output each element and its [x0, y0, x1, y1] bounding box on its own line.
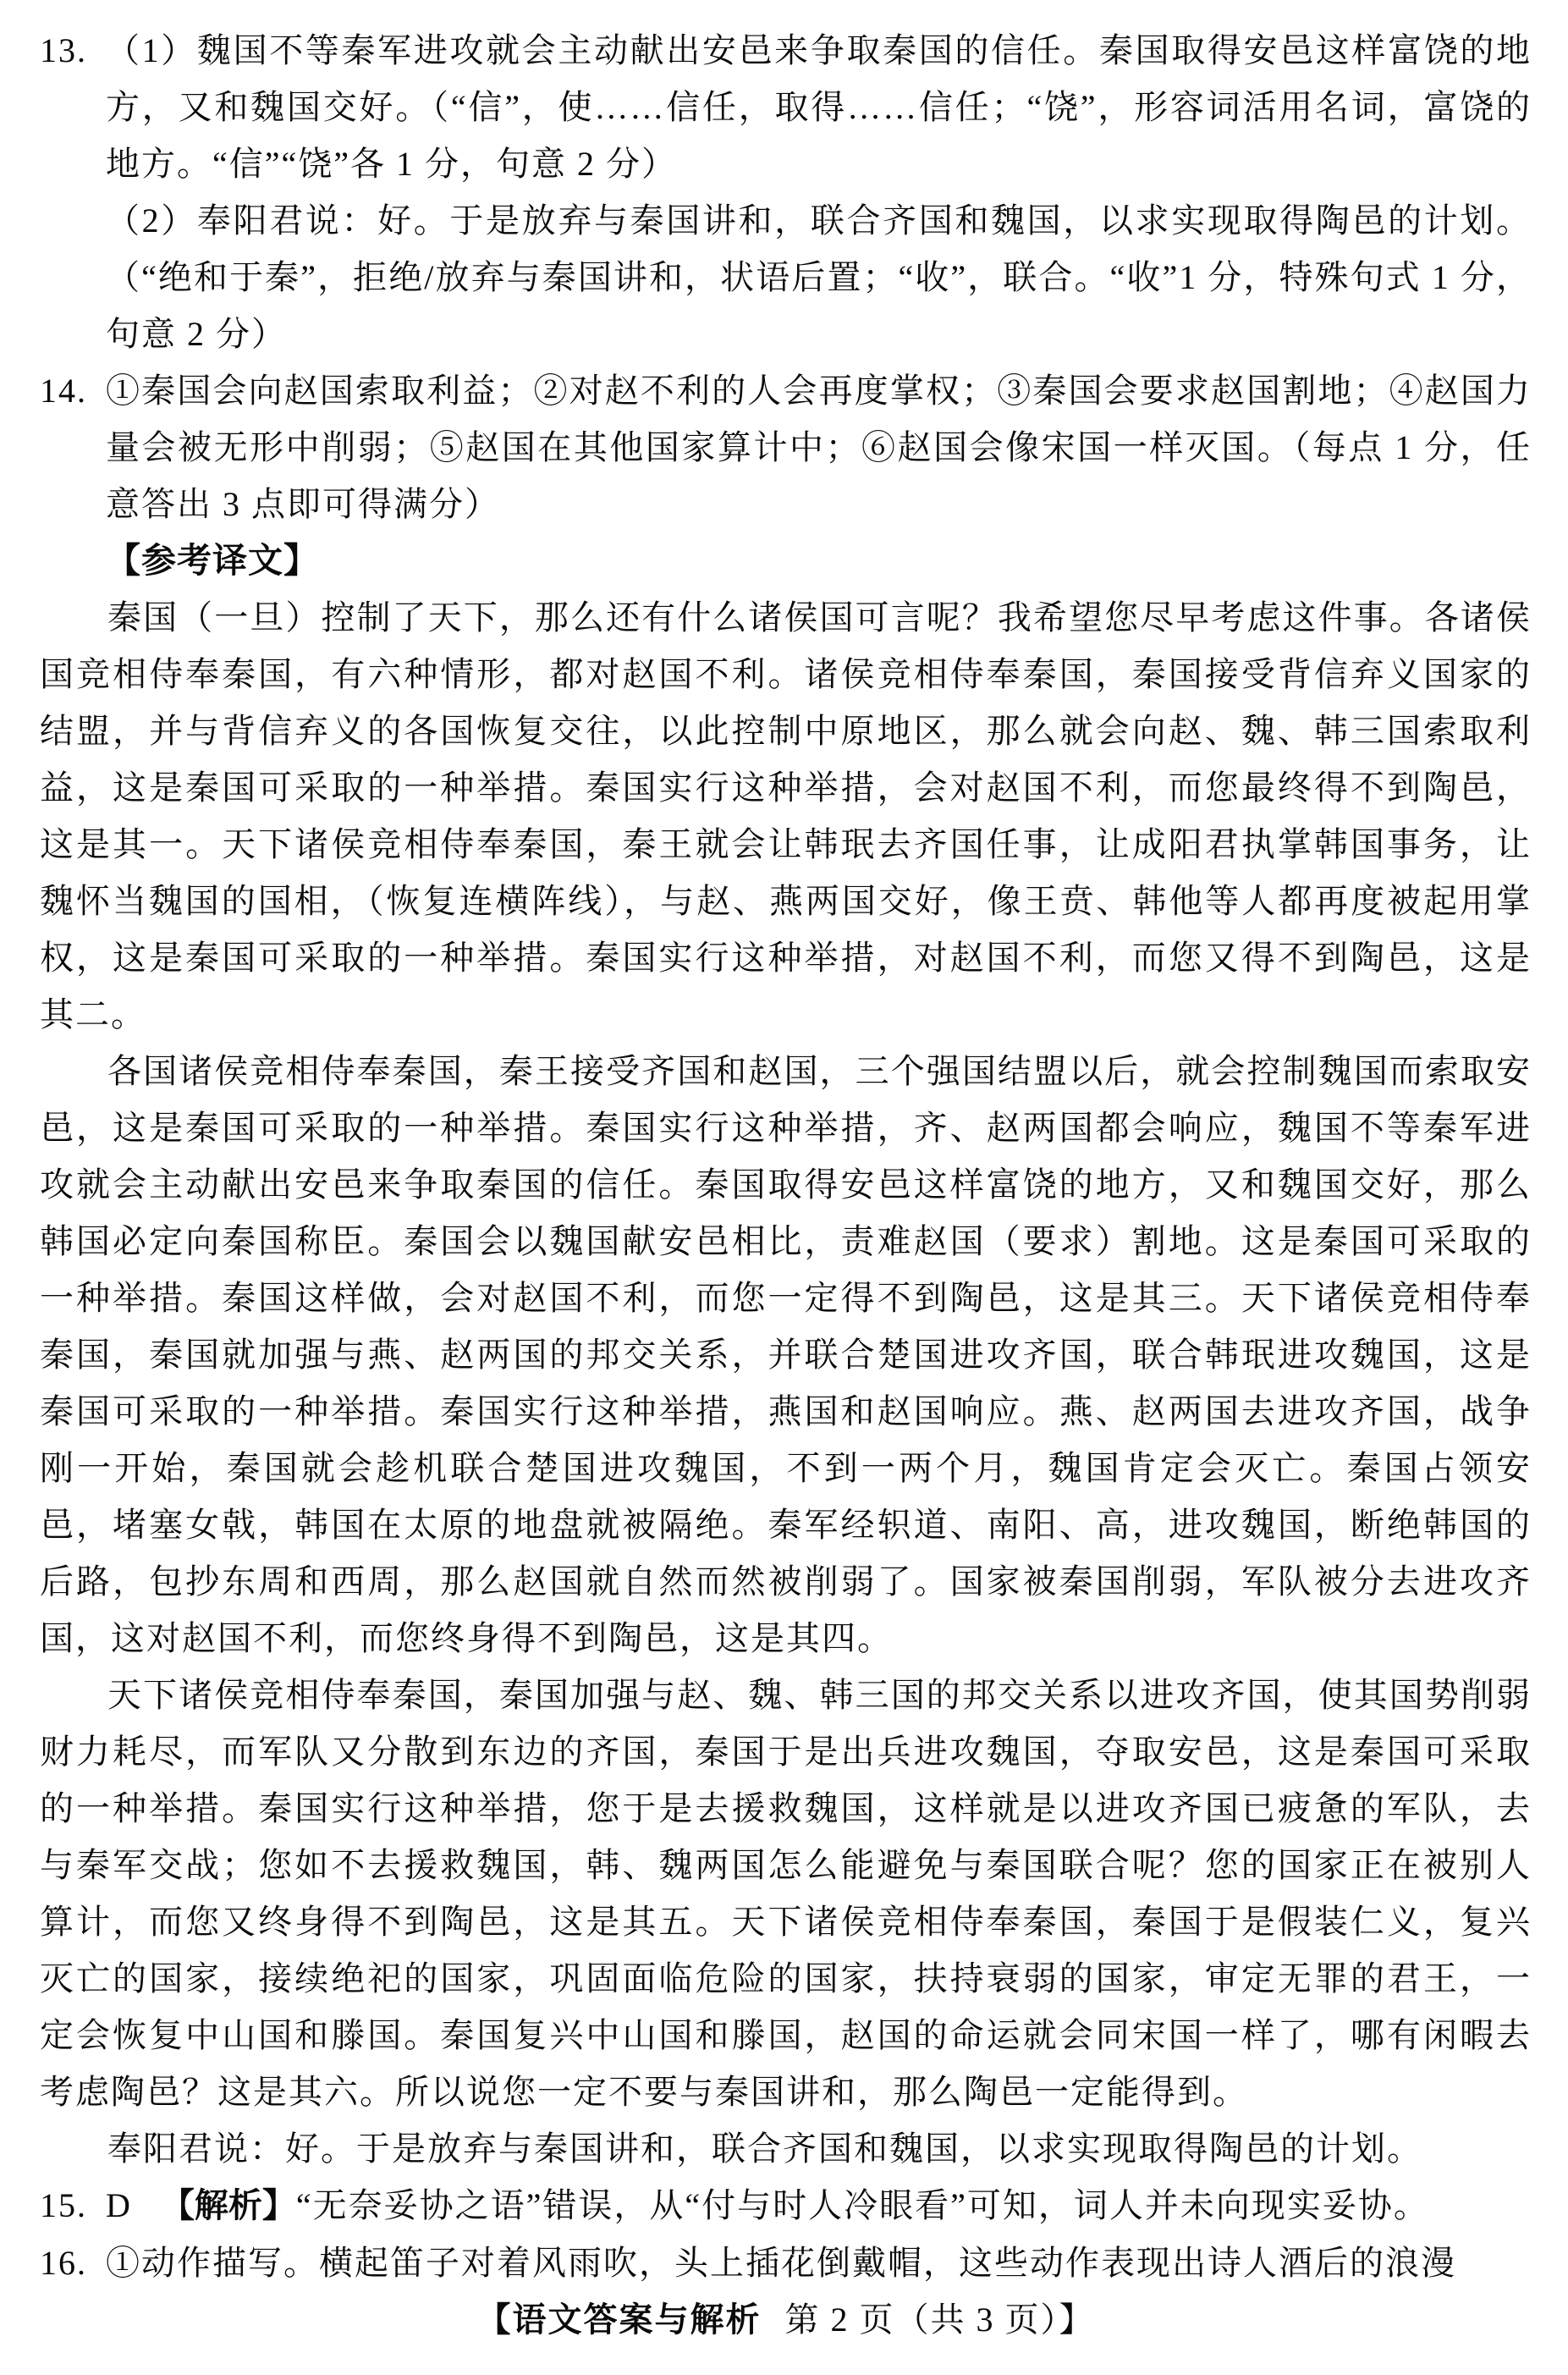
item-16-text: ①动作描写。横起笛子对着风雨吹，头上插花倒戴帽，这些动作表现出诗人酒后的浪漫 — [106, 2234, 1532, 2291]
translation-paragraph-2: 各国诸侯竞相侍奉秦国，秦王接受齐国和赵国，三个强国结盟以后，就会控制魏国而索取安… — [40, 1043, 1532, 1667]
document-page: 13. （1）魏国不等秦军进攻就会主动献出安邑来争取秦国的信任。秦国取得安邑这样… — [0, 0, 1568, 2375]
item-16-number: 16. — [40, 2234, 106, 2291]
item-15-number: 15. — [40, 2177, 106, 2234]
reference-translation-section: 秦国（一旦）控制了天下，那么还有什么诸侯国可言呢？我希望您尽早考虑这件事。各诸侯… — [40, 589, 1532, 2177]
item-13-part-1: （1）魏国不等秦军进攻就会主动献出安邑来争取秦国的信任。秦国取得安邑这样富饶的地… — [106, 22, 1532, 192]
translation-paragraph-1: 秦国（一旦）控制了天下，那么还有什么诸侯国可言呢？我希望您尽早考虑这件事。各诸侯… — [40, 589, 1532, 1043]
analysis-tag: 【解析】 — [161, 2187, 296, 2224]
item-13-content: （1）魏国不等秦军进攻就会主动献出安邑来争取秦国的信任。秦国取得安邑这样富饶的地… — [106, 22, 1532, 362]
answer-item-16: 16. ①动作描写。横起笛子对着风雨吹，头上插花倒戴帽，这些动作表现出诗人酒后的… — [40, 2234, 1532, 2291]
footer-title: 【语文答案与解析 — [477, 2301, 762, 2339]
item-13-part-2: （2）奉阳君说：好。于是放弃与秦国讲和，联合齐国和魏国，以求实现取得陶邑的计划。… — [106, 192, 1532, 362]
item-14-content: ①秦国会向赵国索取利益；②对赵不利的人会再度掌权；③秦国会要求赵国割地；④赵国力… — [106, 362, 1532, 532]
translation-paragraph-4: 奉阳君说：好。于是放弃与秦国讲和，联合齐国和魏国，以求实现取得陶邑的计划。 — [40, 2120, 1532, 2177]
answer-item-14: 14. ①秦国会向赵国索取利益；②对赵不利的人会再度掌权；③秦国会要求赵国割地；… — [40, 362, 1532, 532]
item-15-content: D【解析】“无奈妥协之语”错误，从“付与时人冷眼看”可知，词人并未向现实妥协。 — [106, 2177, 1532, 2234]
item-15-analysis-text: “无奈妥协之语”错误，从“付与时人冷眼看”可知，词人并未向现实妥协。 — [296, 2186, 1429, 2224]
item-15-answer-letter: D — [106, 2186, 132, 2224]
item-15-line: D【解析】“无奈妥协之语”错误，从“付与时人冷眼看”可知，词人并未向现实妥协。 — [106, 2177, 1532, 2234]
page-footer: 【语文答案与解析第 2 页（共 3 页）】 — [40, 2291, 1532, 2349]
reference-translation-header: 【参考译文】 — [106, 532, 1532, 589]
item-13-number: 13. — [40, 22, 106, 79]
item-14-text: ①秦国会向赵国索取利益；②对赵不利的人会再度掌权；③秦国会要求赵国割地；④赵国力… — [106, 362, 1532, 532]
footer-page-number: 第 2 页（共 3 页）】 — [785, 2301, 1095, 2339]
answer-item-15: 15. D【解析】“无奈妥协之语”错误，从“付与时人冷眼看”可知，词人并未向现实… — [40, 2177, 1532, 2234]
item-16-content: ①动作描写。横起笛子对着风雨吹，头上插花倒戴帽，这些动作表现出诗人酒后的浪漫 — [106, 2234, 1532, 2291]
item-14-number: 14. — [40, 362, 106, 419]
answer-item-13: 13. （1）魏国不等秦军进攻就会主动献出安邑来争取秦国的信任。秦国取得安邑这样… — [40, 22, 1532, 362]
translation-paragraph-3: 天下诸侯竞相侍奉秦国，秦国加强与赵、魏、韩三国的邦交关系以进攻齐国，使其国势削弱… — [40, 1667, 1532, 2120]
